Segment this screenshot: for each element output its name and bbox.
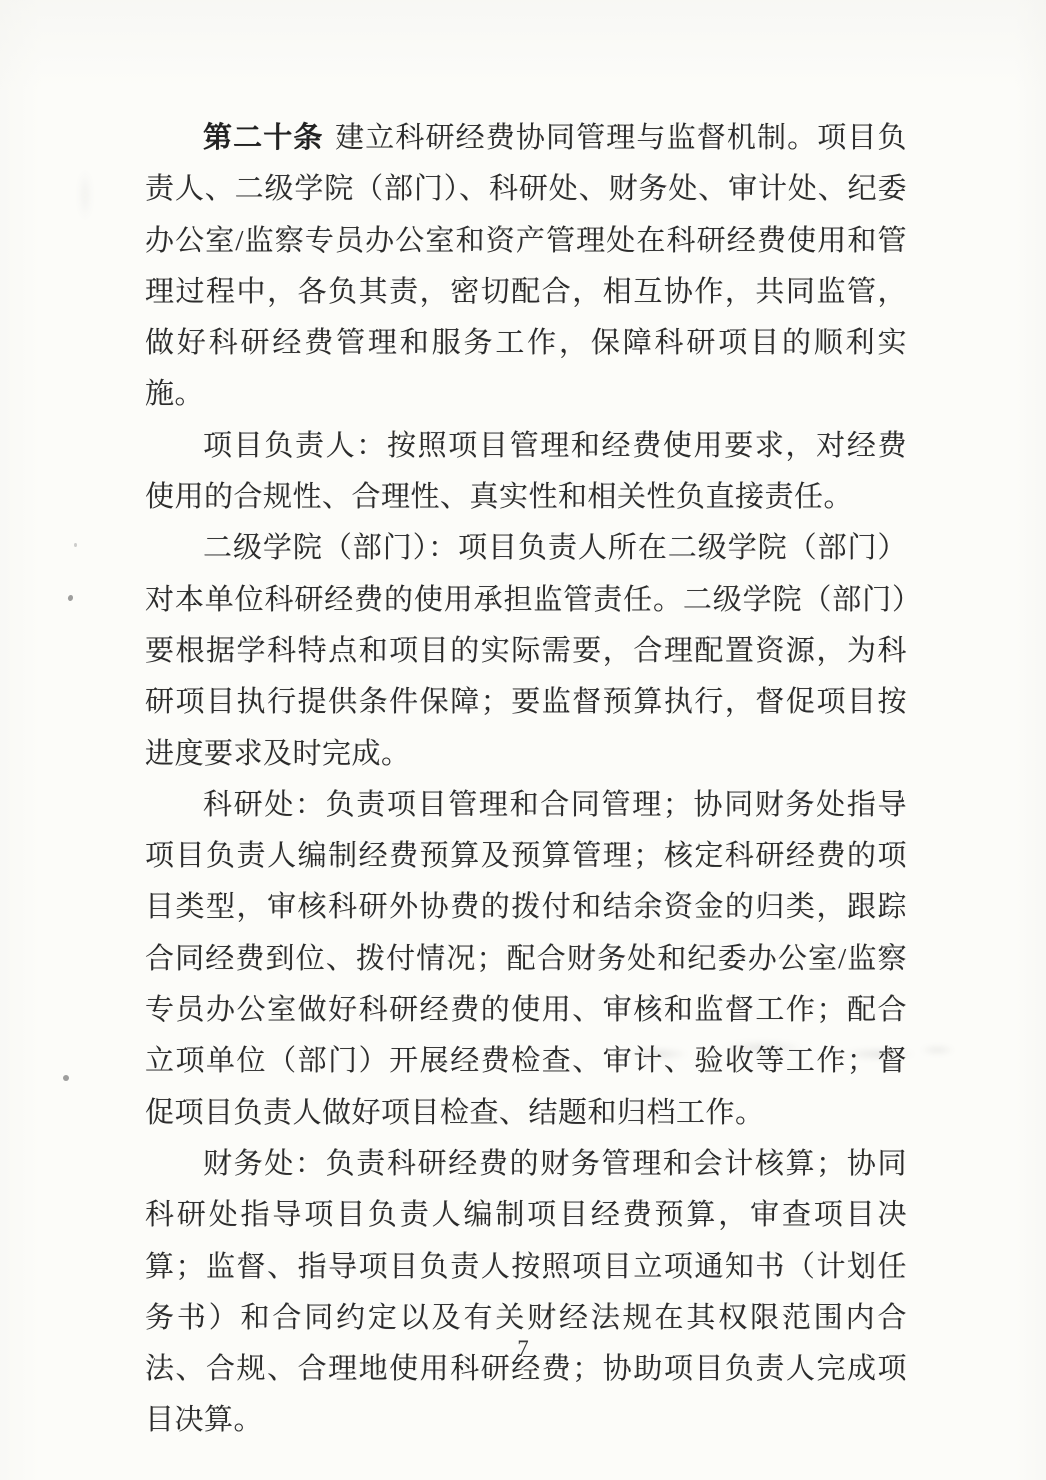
scan-speck — [63, 1075, 69, 1081]
paragraph-text: 财务处：负责科研经费的财务管理和会计核算；协同科研处指导项目负责人编制项目经费预… — [145, 1148, 907, 1436]
article-paragraph-4: 科研处：负责项目管理和合同管理；协同财务处指导项目负责人编制经费预算及预算管理；… — [145, 780, 907, 1139]
scan-speck — [67, 594, 74, 601]
article-body: 第二十条建立科研经费协同管理与监督机制。项目负责人、二级学院（部门）、科研处、财… — [145, 113, 907, 1447]
article-paragraph-5: 财务处：负责科研经费的财务管理和会计核算；协同科研处指导项目负责人编制项目经费预… — [145, 1139, 907, 1447]
article-paragraph-2: 项目负责人：按照项目管理和经费使用要求，对经费使用的合规性、合理性、真实性和相关… — [145, 421, 907, 524]
scan-smudge — [70, 150, 100, 240]
paragraph-text: 二级学院（部门）：项目负责人所在二级学院（部门）对本单位科研经费的使用承担监管责… — [145, 532, 907, 769]
document-page: 第二十条建立科研经费协同管理与监督机制。项目负责人、二级学院（部门）、科研处、财… — [0, 0, 1046, 1480]
scan-speck — [74, 543, 77, 547]
paragraph-text: 建立科研经费协同管理与监督机制。项目负责人、二级学院（部门）、科研处、财务处、审… — [145, 122, 907, 410]
article-paragraph-1: 第二十条建立科研经费协同管理与监督机制。项目负责人、二级学院（部门）、科研处、财… — [145, 113, 907, 421]
paragraph-text: 科研处：负责项目管理和合同管理；协同财务处指导项目负责人编制经费预算及预算管理；… — [145, 789, 907, 1129]
article-number: 第二十条 — [203, 122, 324, 154]
page-number: 7 — [0, 1336, 1046, 1362]
paragraph-text: 项目负责人：按照项目管理和经费使用要求，对经费使用的合规性、合理性、真实性和相关… — [145, 430, 907, 513]
article-paragraph-3: 二级学院（部门）：项目负责人所在二级学院（部门）对本单位科研经费的使用承担监管责… — [145, 523, 907, 779]
